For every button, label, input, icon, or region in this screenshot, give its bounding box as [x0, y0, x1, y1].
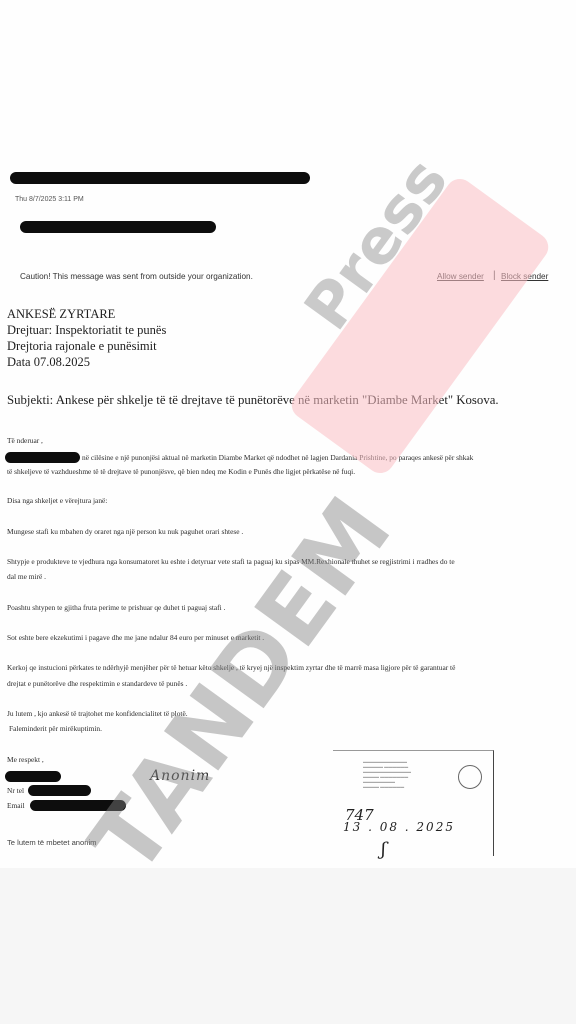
letter-date: Data 07.08.2025	[7, 355, 90, 370]
redacted-sender	[10, 172, 310, 184]
request-line-2: drejtat e punëtorëve dhe respektimin e s…	[7, 679, 187, 688]
phone-label: Nr tel	[7, 786, 24, 795]
closing: Me respekt ,	[7, 755, 44, 764]
greeting: Të nderuar ,	[7, 436, 43, 445]
redacted-name	[5, 452, 80, 463]
email-date: Thu 8/7/2025 3:11 PM	[15, 196, 84, 203]
redacted-signer-name	[5, 771, 61, 782]
scanned-document	[0, 0, 576, 868]
intro-line-2: të shkeljeve të vazhdueshme të të drejta…	[7, 467, 355, 476]
redacted-phone	[28, 785, 91, 796]
directorate: Drejtoria rajonale e punësimit	[7, 339, 157, 354]
violation-item: Mungese stafi ku mbahen dy oraret nga nj…	[7, 527, 243, 536]
violations-heading: Disa nga shkeljet e vërejtura janë:	[7, 496, 107, 505]
violation-item: Poashtu shtypen te gjitha fruta perime t…	[7, 603, 225, 612]
violation-item-cont: dal me mirë .	[7, 572, 46, 581]
thanks: Faleminderit për mirëkuptimin.	[9, 724, 102, 733]
letter-title: ANKESË ZYRTARE	[7, 307, 115, 322]
email-label: Email	[7, 801, 25, 810]
reception-stamp: ▬▬▬▬▬▬▬▬▬▬▬▬▬▬▬▬ ▬▬▬▬▬▬▬▬▬▬▬▬▬▬▬▬▬▬▬▬▬▬ …	[333, 750, 494, 856]
stamp-header-text: ▬▬▬▬▬▬▬▬▬▬▬▬▬▬▬▬ ▬▬▬▬▬▬▬▬▬▬▬▬▬▬▬▬▬▬▬▬▬▬ …	[363, 759, 473, 789]
intro-line-1: në cilësine e një punonjësi aktual në ma…	[82, 453, 473, 462]
coat-of-arms-icon	[458, 765, 482, 789]
background-area	[0, 868, 576, 1024]
external-caution-text: Caution! This message was sent from outs…	[20, 272, 253, 281]
addressed-to: Drejtuar: Inspektoriatit te punës	[7, 323, 166, 338]
stamp-date: 13 . 08 . 2025	[343, 820, 455, 834]
stamp-initials: ʃ	[381, 839, 386, 860]
redacted-recipient	[20, 221, 216, 233]
